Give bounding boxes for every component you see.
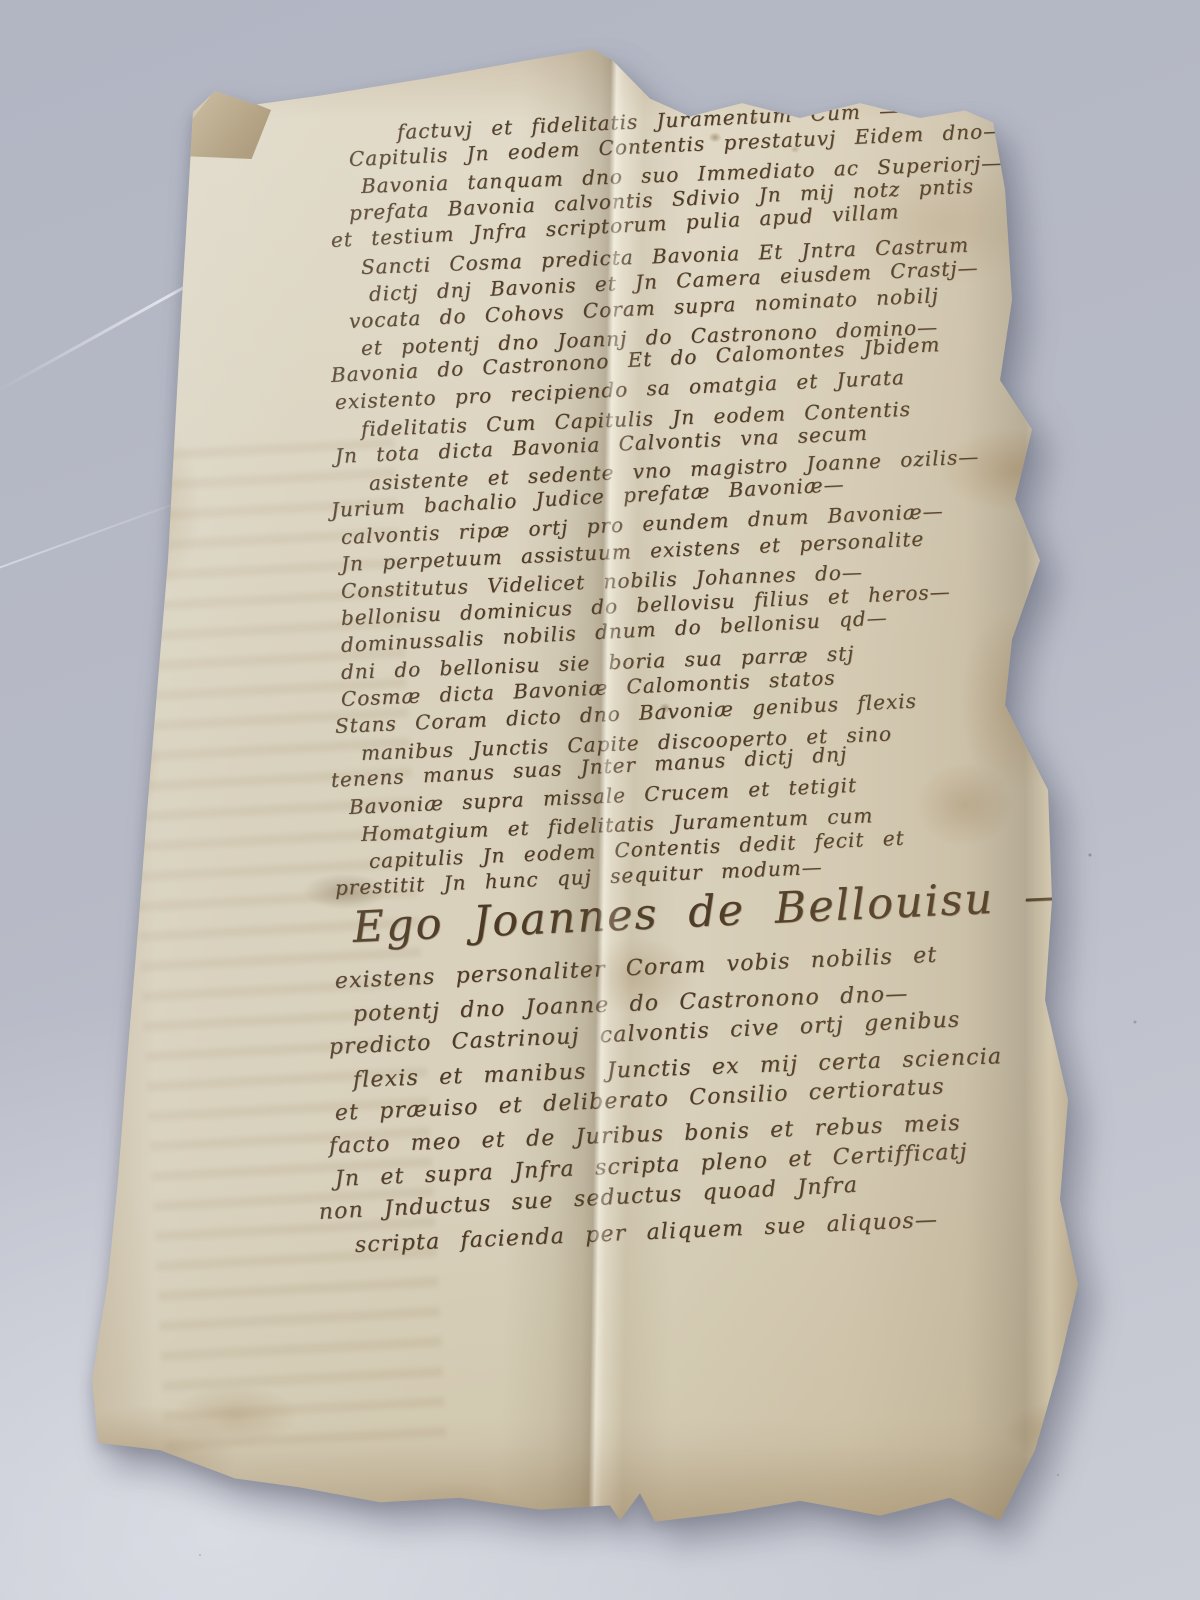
manuscript-lines-top: factuvj et fidelitatis Juramentum Cum —C… (335, 120, 1055, 903)
manuscript-lines-bottom: existens personaliter Coram vobis nobili… (335, 969, 1055, 1266)
paper-shadow-wrap: factuvj et fidelitatis Juramentum Cum —C… (0, 0, 1200, 1600)
corner-tear-flap (183, 87, 271, 159)
photo-scene: factuvj et fidelitatis Juramentum Cum —C… (0, 0, 1200, 1600)
manuscript-text: factuvj et fidelitatis Juramentum Cum —C… (335, 120, 1055, 1266)
manuscript-paper: factuvj et fidelitatis Juramentum Cum —C… (85, 45, 1085, 1535)
